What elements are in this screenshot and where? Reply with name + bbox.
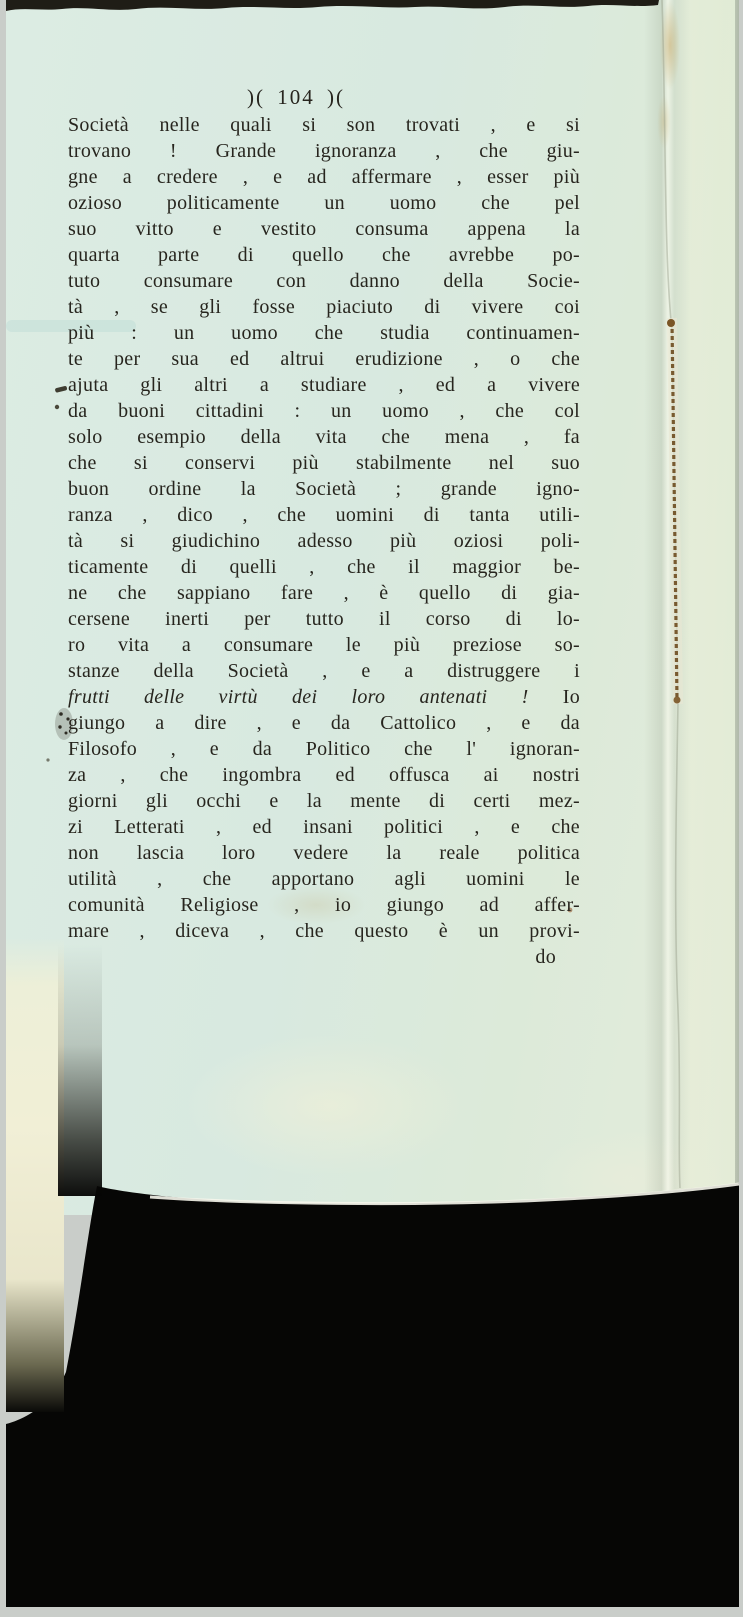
dust-dot xyxy=(46,758,49,761)
smudge-dot xyxy=(59,712,63,716)
line-segment: da buoni cittadini : un uomo , che col xyxy=(68,400,580,422)
text-line: che si conservi più stabilmente nel suo xyxy=(68,450,580,476)
text-line: ne che sappiano fare , è quello di gia- xyxy=(68,580,580,606)
stitch-knot-bottom xyxy=(674,697,681,704)
line-segment: che si conservi più stabilmente nel suo xyxy=(68,452,580,474)
page-corner-shadow xyxy=(58,944,102,1196)
line-segment: cersene inerti per tutto il corso di lo- xyxy=(68,608,580,630)
page-number: )( 104 )( xyxy=(40,84,552,110)
line-segment: ozioso politicamente un uomo che pel xyxy=(68,192,580,214)
text-line: tà , se gli fosse piaciuto di vivere coi xyxy=(68,294,580,320)
scanner-black-backdrop xyxy=(6,1183,739,1607)
line-segment: buon ordine la Società ; grande igno- xyxy=(68,478,580,500)
text-line: zi Letterati , ed insani politici , e ch… xyxy=(68,814,580,840)
line-segment: quarta parte di quello che avrebbe po- xyxy=(68,244,580,266)
body-lines: Società nelle quali si son trovati , e s… xyxy=(68,112,580,944)
text-line: ranza , dico , che uomini di tanta utili… xyxy=(68,502,580,528)
line-segment: ticamente di quelli , che il maggior be- xyxy=(68,556,580,578)
text-line: gne a credere , e ad affermare , esser p… xyxy=(68,164,580,190)
text-line: giorni gli occhi e la mente di certi mez… xyxy=(68,788,580,814)
text-line: ozioso politicamente un uomo che pel xyxy=(68,190,580,216)
line-segment: te per sua ed altrui erudizione , o che xyxy=(68,348,580,370)
text-line: solo esempio della vita che mena , fa xyxy=(68,424,580,450)
text-line: giungo a dire , e da Cattolico , e da xyxy=(68,710,580,736)
text-line: comunità Religiose , io giungo ad affer- xyxy=(68,892,580,918)
text-line: stanze della Società , e a distruggere i xyxy=(68,658,580,684)
text-line: non lascia loro vedere la reale politica xyxy=(68,840,580,866)
ink-speck-dash xyxy=(55,386,68,393)
scanned-book-page: )( 104 )( Società nelle quali si son tro… xyxy=(0,0,743,1617)
line-segment: stanze della Società , e a distruggere i xyxy=(68,660,580,682)
text-line: frutti delle virtù dei loro antenati ! I… xyxy=(68,684,580,710)
text-line: quarta parte di quello che avrebbe po- xyxy=(68,242,580,268)
text-line: ro vita a consumare le più preziose so- xyxy=(68,632,580,658)
line-segment: comunità Religiose , io giungo ad affer- xyxy=(68,894,580,916)
text-line: più : un uomo che studia continuamen- xyxy=(68,320,580,346)
line-segment: ranza , dico , che uomini di tanta utili… xyxy=(68,504,580,526)
line-segment: tà si giudichino adesso più oziosi poli- xyxy=(68,530,580,552)
text-line: za , che ingombra ed offusca ai nostri xyxy=(68,762,580,788)
text-line: tà si giudichino adesso più oziosi poli- xyxy=(68,528,580,554)
line-segment: giungo a dire , e da Cattolico , e da xyxy=(68,712,580,734)
line-segment: ne che sappiano fare , è quello di gia- xyxy=(68,582,580,604)
text-line: te per sua ed altrui erudizione , o che xyxy=(68,346,580,372)
line-segment: Società nelle quali si son trovati , e s… xyxy=(68,114,580,136)
line-segment: giorni gli occhi e la mente di certi mez… xyxy=(68,790,580,812)
line-segment: solo esempio della vita che mena , fa xyxy=(68,426,580,448)
smudge-dot xyxy=(58,725,61,728)
line-segment: tà , se gli fosse piaciuto di vivere coi xyxy=(68,296,580,318)
text-line: utilità , che apportano agli uomini le xyxy=(68,866,580,892)
page-text: )( 104 )( Società nelle quali si son tro… xyxy=(68,84,580,970)
text-line: ajuta gli altri a studiare , ed a vivere xyxy=(68,372,580,398)
line-segment: zi Letterati , ed insani politici , e ch… xyxy=(68,816,580,838)
text-line: trovano ! Grande ignoranza , che giu- xyxy=(68,138,580,164)
text-line: suo vitto e vestito consuma appena la xyxy=(68,216,580,242)
line-segment: tuto consumare con danno della Socie- xyxy=(68,270,580,292)
text-line: Società nelle quali si son trovati , e s… xyxy=(68,112,580,138)
torn-paper-top-edge xyxy=(6,0,659,11)
stitch-knot-top xyxy=(667,319,675,327)
line-segment: suo vitto e vestito consuma appena la xyxy=(68,218,580,240)
line-segment: più : un uomo che studia continuamen- xyxy=(68,322,580,344)
text-line: cersene inerti per tutto il corso di lo- xyxy=(68,606,580,632)
line-segment: utilità , che apportano agli uomini le xyxy=(68,868,580,890)
text-line: Filosofo , e da Politico che l' ignoran- xyxy=(68,736,580,762)
line-segment: Filosofo , e da Politico che l' ignoran- xyxy=(68,738,580,760)
line-segment: Io xyxy=(529,686,580,708)
line-segment: mare , diceva , che questo è un provi- xyxy=(68,920,580,942)
line-segment: za , che ingombra ed offusca ai nostri xyxy=(68,764,580,786)
scanner-edge-strip xyxy=(6,938,64,1412)
text-line: tuto consumare con danno della Socie- xyxy=(68,268,580,294)
text-line: buon ordine la Società ; grande igno- xyxy=(68,476,580,502)
text-line: da buoni cittadini : un uomo , che col xyxy=(68,398,580,424)
line-segment: non lascia loro vedere la reale politica xyxy=(68,842,580,864)
ink-speck-dot xyxy=(55,405,59,409)
line-segment-italic: frutti delle virtù dei loro antenati ! xyxy=(68,686,529,708)
line-segment: ro vita a consumare le più preziose so- xyxy=(68,634,580,656)
line-segment: gne a credere , e ad affermare , esser p… xyxy=(68,166,580,188)
line-segment: trovano ! Grande ignoranza , che giu- xyxy=(68,140,580,162)
line-segment: ajuta gli altri a studiare , ed a vivere xyxy=(68,374,580,396)
catchword: do xyxy=(68,944,580,970)
text-line: mare , diceva , che questo è un provi- xyxy=(68,918,580,944)
text-line: ticamente di quelli , che il maggior be- xyxy=(68,554,580,580)
